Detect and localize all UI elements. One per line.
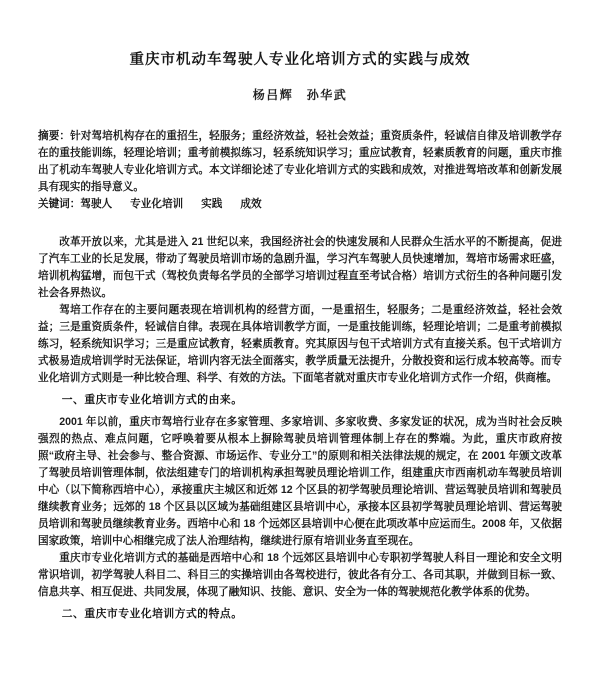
body-paragraph: 2001 年以前，重庆市驾培行业存在多家管理、多家培训、多家收费、多家发证的状况… [38,414,562,550]
keywords-label: 关键词： [38,198,80,210]
body-paragraph: 重庆市专业化培训方式的基础是西培中心和 18 个远郊区县培训中心专职初学驾驶人科… [38,550,562,601]
body-paragraph: 改革开放以来，尤其是进入 21 世纪以来，我国经济社会的快速发展和人民群众生活水… [38,234,562,302]
section-heading-features: 二、重庆市专业化培训方式的特点。 [38,606,562,623]
document-body: 改革开放以来，尤其是进入 21 世纪以来，我国经济社会的快速发展和人民群众生活水… [38,234,562,623]
keyword-item: 实践 [201,198,222,210]
section-heading-origin: 一、重庆市专业化培训方式的由来。 [38,392,562,409]
authors: 杨吕辉 孙华武 [38,88,562,102]
paper-title: 重庆市机动车驾驶人专业化培训方式的实践与成效 [38,50,562,70]
keyword-item: 成效 [240,198,261,210]
document-page: 重庆市机动车驾驶人专业化培训方式的实践与成效 杨吕辉 孙华武 摘要：针对驾培机构… [0,0,600,679]
body-paragraph: 驾培工作存在的主要问题表现在培训机构的经营方面，一是重招生，轻服务；二是重经济效… [38,302,562,387]
abstract: 摘要：针对驾培机构存在的重招生，轻服务；重经济效益，轻社会效益；重资质条件，轻诚… [38,128,562,196]
abstract-text: 针对驾培机构存在的重招生，轻服务；重经济效益，轻社会效益；重资质条件，轻诚信自律… [38,130,562,193]
keyword-item: 驾驶人 [80,198,112,210]
abstract-label: 摘要： [38,130,70,142]
keywords-line: 关键词：驾驶人专业化培训实践成效 [38,196,562,213]
keyword-item: 专业化培训 [130,198,183,210]
